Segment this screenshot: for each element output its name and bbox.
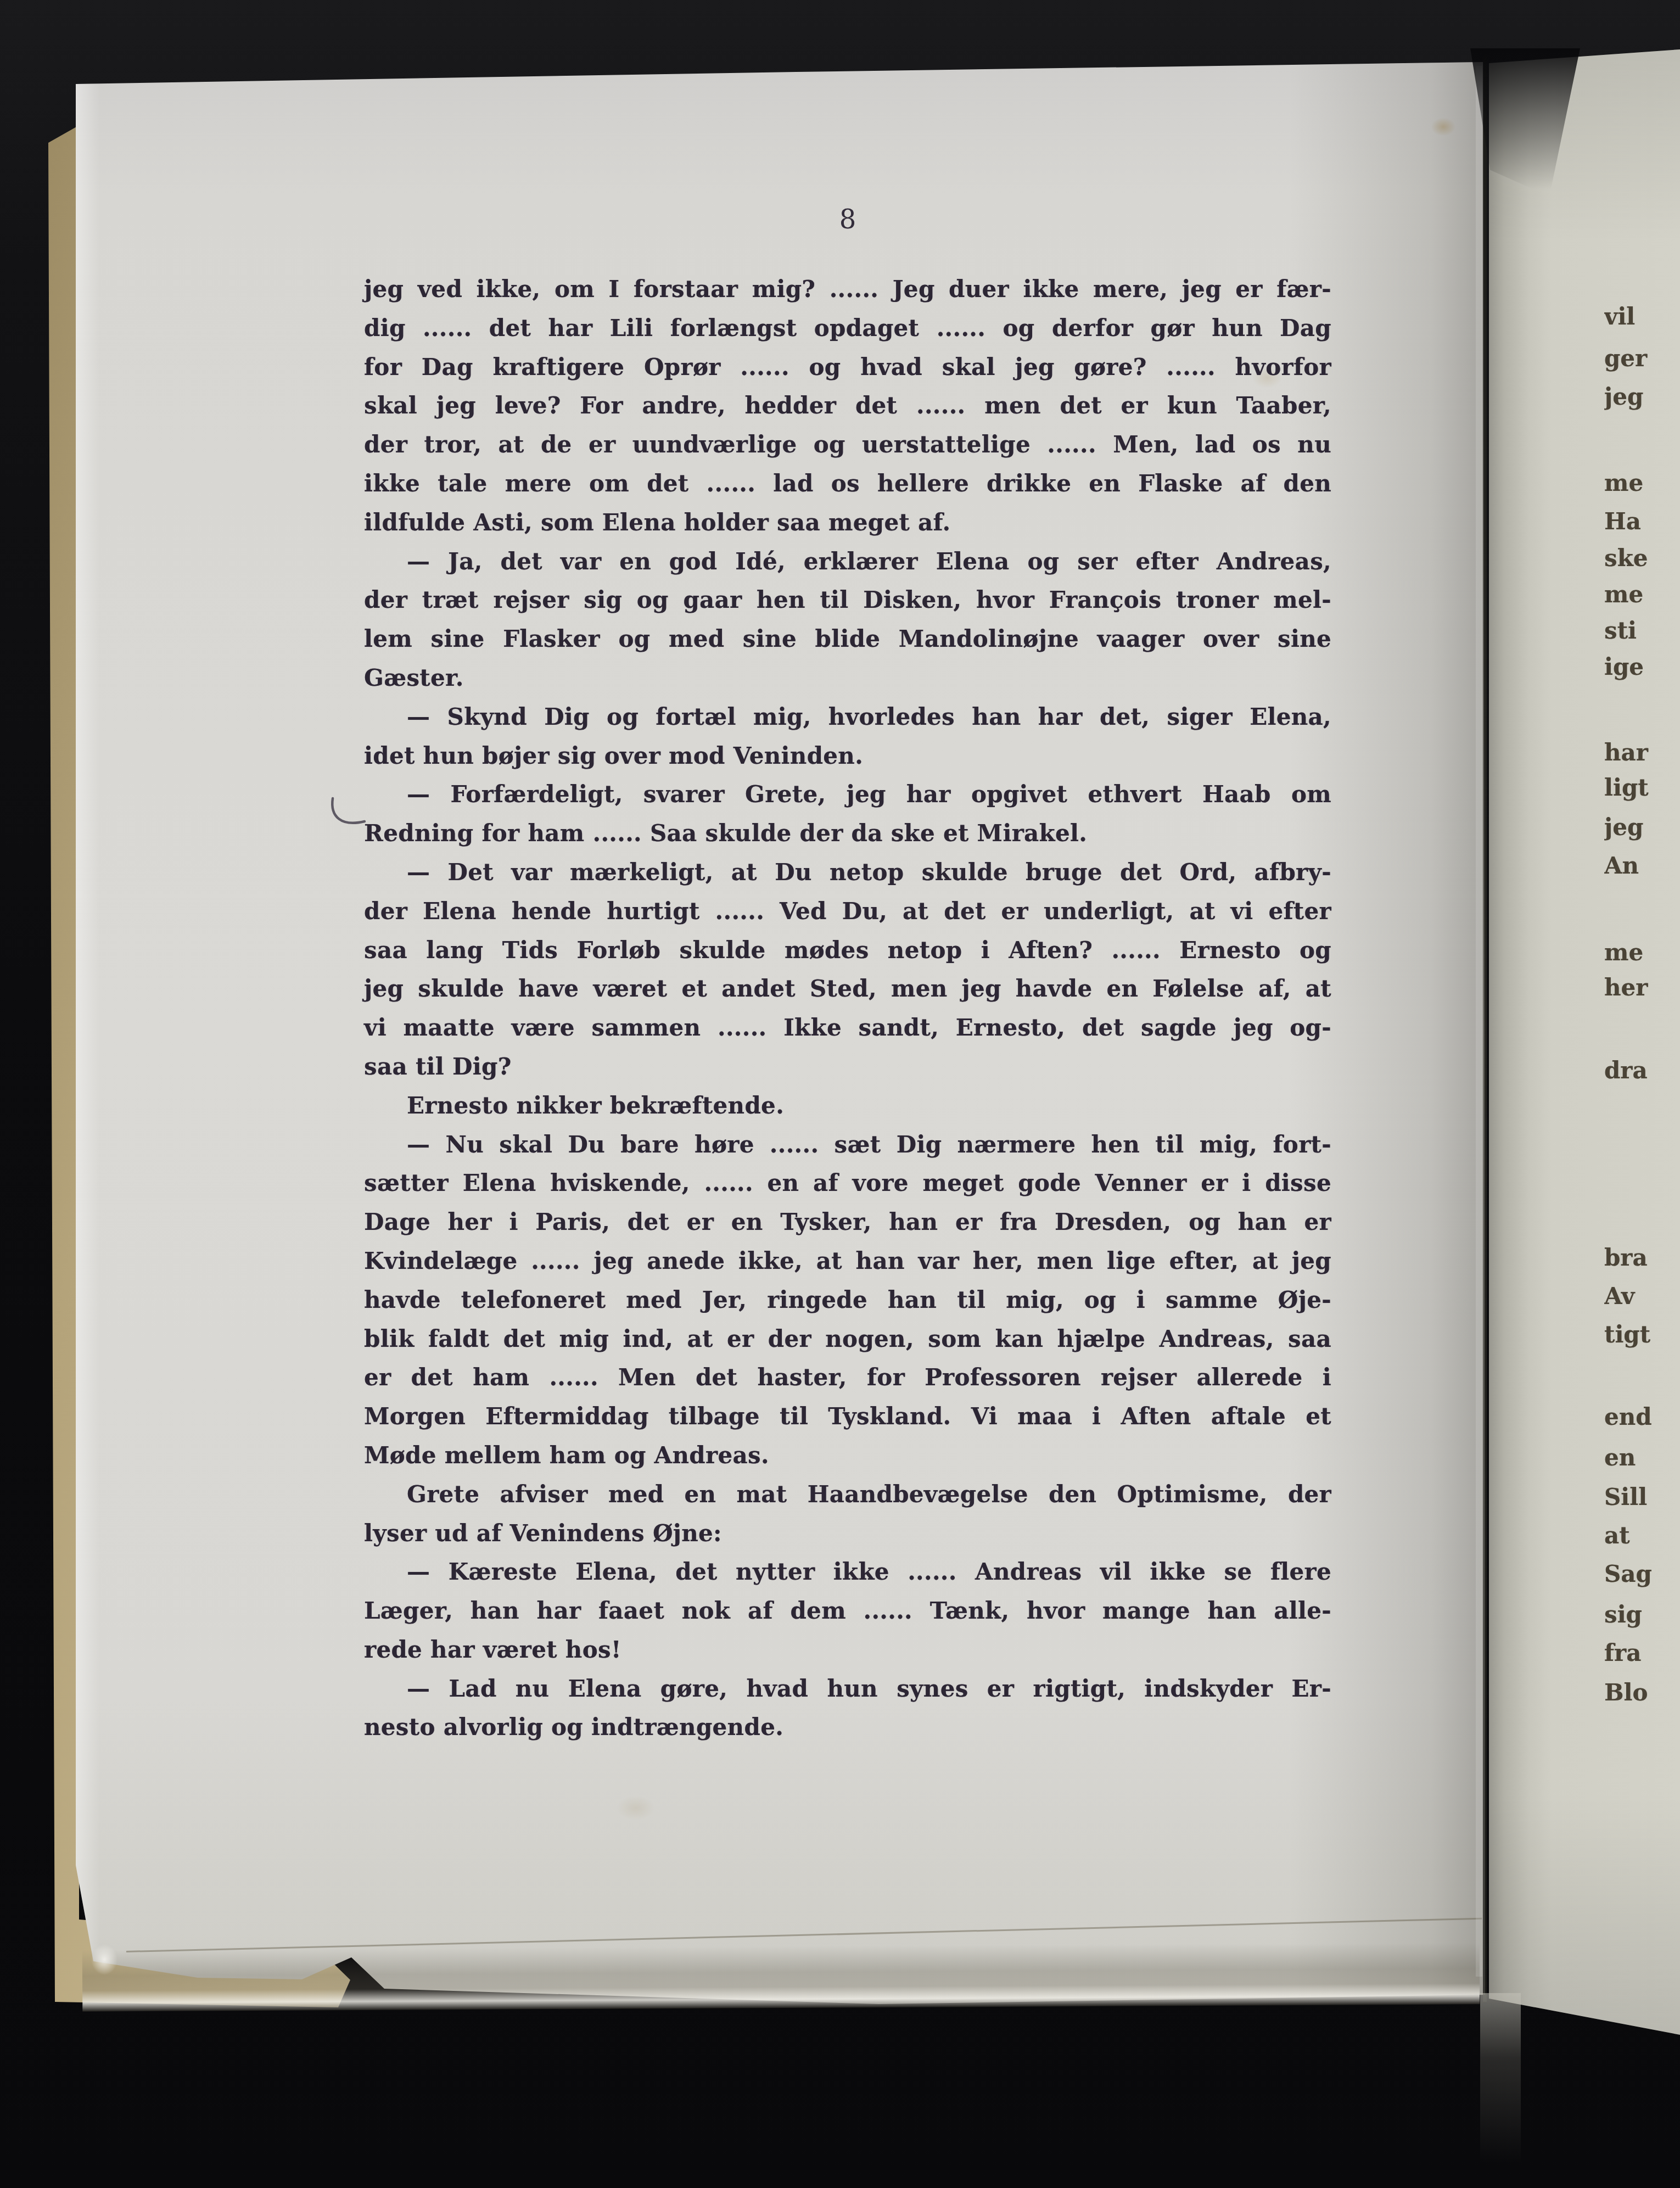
text-line: — Nu skal Du bare høre ...... sæt Dig næ… bbox=[364, 1126, 1331, 1165]
corner-chip bbox=[87, 1939, 122, 1980]
text-line: Dage her i Paris, det er en Tysker, han … bbox=[364, 1203, 1331, 1242]
text-line: — Forfærdeligt, svarer Grete, jeg har op… bbox=[364, 775, 1331, 814]
text-line: Møde mellem ham og Andreas. bbox=[364, 1436, 1331, 1475]
text-line: — Lad nu Elena gøre, hvad hun synes er r… bbox=[364, 1670, 1331, 1709]
text-line: saa til Dig? bbox=[364, 1048, 1331, 1087]
facing-text-fragment: at bbox=[1604, 1517, 1630, 1555]
facing-text-fragment: me bbox=[1604, 575, 1643, 614]
facing-text-fragment: vil bbox=[1604, 298, 1635, 336]
text-line: jeg skulde have været et andet Sted, men… bbox=[364, 970, 1331, 1009]
facing-text-fragment: Blo bbox=[1604, 1674, 1648, 1712]
page-stack-edge-below bbox=[1480, 1993, 1521, 2163]
text-line: Ernesto nikker bekræftende. bbox=[364, 1087, 1331, 1126]
text-line: nesto alvorlig og indtrængende. bbox=[364, 1708, 1331, 1747]
text-line: Læger, han har faaet nok af dem ...... T… bbox=[364, 1592, 1331, 1631]
pen-mark-icon bbox=[328, 794, 368, 833]
gutter-crease bbox=[1483, 54, 1487, 2002]
page-text: jeg ved ikke, om I forstaar mig? ...... … bbox=[364, 270, 1331, 1747]
text-line: Redning for ham ...... Saa skulde der da… bbox=[364, 814, 1331, 853]
stain bbox=[609, 1791, 662, 1825]
book-scan: 8 jeg ved ikke, om I forstaar mig? .....… bbox=[0, 0, 1680, 2188]
facing-text-fragment: Av bbox=[1604, 1277, 1634, 1316]
text-line: Gæster. bbox=[364, 659, 1331, 698]
facing-text-fragment: sig bbox=[1604, 1596, 1642, 1634]
facing-text-fragment: ger bbox=[1604, 339, 1647, 378]
facing-text-fragment: jeg bbox=[1604, 378, 1643, 416]
text-line: saa lang Tids Forløb skulde mødes netop … bbox=[364, 931, 1331, 970]
text-line: Kvindelæge ...... jeg anede ikke, at han… bbox=[364, 1242, 1331, 1281]
facing-text-fragment: Ha bbox=[1604, 502, 1641, 541]
text-line: der tror, at de er uundværlige og uersta… bbox=[364, 426, 1331, 465]
stain bbox=[1426, 114, 1460, 139]
text-line: dig ...... det har Lili forlængst opdage… bbox=[364, 309, 1331, 348]
text-line: — Det var mærkeligt, at Du netop skulde … bbox=[364, 853, 1331, 892]
text-line: lyser ud af Venindens Øjne: bbox=[364, 1514, 1331, 1553]
text-line: vi maatte være sammen ...... Ikke sandt,… bbox=[364, 1009, 1331, 1048]
facing-text-fragment: An bbox=[1604, 847, 1639, 885]
text-line: der træt rejser sig og gaar hen til Disk… bbox=[364, 581, 1331, 620]
facing-text-fragment: me bbox=[1604, 933, 1643, 972]
text-line: idet hun bøjer sig over mod Veninden. bbox=[364, 737, 1331, 776]
facing-text-fragment: tigt bbox=[1604, 1316, 1650, 1354]
facing-text-fragment: me bbox=[1604, 464, 1643, 502]
text-line: skal jeg leve? For andre, hedder det ...… bbox=[364, 387, 1331, 426]
text-line: — Kæreste Elena, det nytter ikke ...... … bbox=[364, 1553, 1331, 1592]
facing-text-fragment: her bbox=[1604, 969, 1648, 1007]
facing-text-fragment: ligt bbox=[1604, 769, 1649, 807]
text-line: er det ham ...... Men det haster, for Pr… bbox=[364, 1358, 1331, 1397]
facing-text-fragment: Sag bbox=[1604, 1555, 1652, 1593]
text-line: — Skynd Dig og fortæl mig, hvorledes han… bbox=[364, 698, 1331, 737]
text-line: for Dag kraftigere Oprør ...... og hvad … bbox=[364, 348, 1331, 387]
facing-text-fragment: sti bbox=[1604, 612, 1637, 650]
text-line: sætter Elena hviskende, ...... en af vor… bbox=[364, 1164, 1331, 1203]
text-line: — Ja, det var en god Idé, erklærer Elena… bbox=[364, 542, 1331, 581]
facing-text-fragment: dra bbox=[1604, 1051, 1648, 1090]
text-line: rede har været hos! bbox=[364, 1631, 1331, 1670]
facing-text-fragment: ske bbox=[1604, 539, 1648, 578]
facing-text-fragment: bra bbox=[1604, 1239, 1648, 1277]
text-line: ikke tale mere om det ...... lad os hell… bbox=[364, 465, 1331, 503]
facing-text-fragment: jeg bbox=[1604, 808, 1643, 847]
facing-text-fragment: har bbox=[1604, 734, 1648, 772]
text-line: havde telefoneret med Jer, ringede han t… bbox=[364, 1281, 1331, 1320]
text-line: ildfulde Asti, som Elena holder saa mege… bbox=[364, 503, 1331, 542]
text-line: Grete afviser med en mat Haandbevægelse … bbox=[364, 1475, 1331, 1514]
facing-text-fragment: en bbox=[1604, 1439, 1636, 1477]
facing-text-fragment: ige bbox=[1604, 648, 1644, 686]
facing-text-fragment: fra bbox=[1604, 1634, 1641, 1672]
text-line: blik faldt det mig ind, at er der nogen,… bbox=[364, 1320, 1331, 1359]
text-line: lem sine Flasker og med sine blide Mando… bbox=[364, 620, 1331, 659]
text-line: der Elena hende hurtigt ...... Ved Du, a… bbox=[364, 892, 1331, 931]
page-bottom-edge-shadow bbox=[82, 1943, 1480, 2011]
page-number: 8 bbox=[364, 204, 1331, 235]
facing-page-text: vilgerjegmeHaskemestiigeharligtjegAnmehe… bbox=[1604, 0, 1680, 2188]
gutter-highlight bbox=[1476, 66, 1482, 1977]
text-line: Morgen Eftermiddag tilbage til Tyskland.… bbox=[364, 1397, 1331, 1436]
facing-text-fragment: Sill bbox=[1604, 1478, 1647, 1517]
facing-text-fragment: end bbox=[1604, 1398, 1652, 1436]
text-line: jeg ved ikke, om I forstaar mig? ...... … bbox=[364, 270, 1331, 309]
